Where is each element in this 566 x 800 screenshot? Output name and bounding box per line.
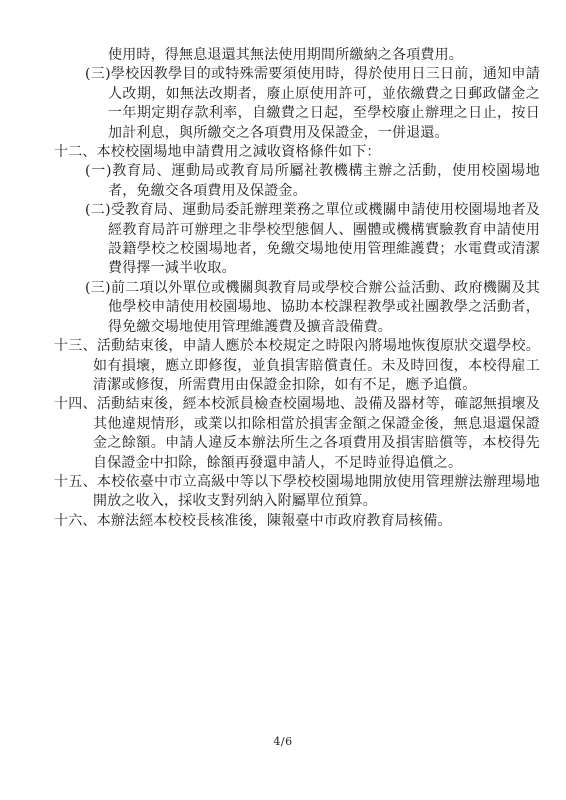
item-label: (三): [85, 280, 111, 296]
list-item: 十二、本校校園場地申請費用之減收資格條件如下：: [54, 143, 540, 162]
item-label: 十三、: [54, 338, 97, 354]
list-item: 十四、活動結束後，經本校派員檢查校園場地、設備及器材等，確認無損壞及其他違規情形…: [54, 395, 540, 473]
item-label: 十六、: [54, 513, 97, 529]
list-item: (三)學校因教學目的或特殊需要須使用時，得於使用日三日前，通知申請人改期，如無法…: [85, 65, 540, 143]
item-text: 受教育局、運動局委託辦理業務之單位或機關申請使用校園場地者及經教育局許可辦理之非…: [108, 202, 540, 276]
page-number: 4/6: [0, 735, 566, 748]
item-label: 十五、: [54, 474, 97, 490]
list-item: 十六、本辦法經本校校長核准後，陳報臺中市政府教育局核備。: [54, 512, 540, 531]
list-item: (三)前二項以外單位或機關與教育局或學校合辦公益活動、政府機關及其他學校申請使用…: [85, 279, 540, 337]
list-item: 十五、本校依臺中市立高級中等以下學校校園場地開放使用管理辦法辦理場地開放之收入，…: [54, 473, 540, 512]
item-text: 活動結束後，申請人應於本校規定之時限內將場地恢復原狀交還學校。如有損壞，應立即修…: [93, 338, 540, 393]
item-label: 十四、: [54, 396, 97, 412]
item-text: 學校因教學目的或特殊需要須使用時，得於使用日三日前，通知申請人改期，如無法改期者…: [108, 66, 540, 140]
item-text: 本辦法經本校校長核准後，陳報臺中市政府教育局核備。: [97, 513, 452, 529]
list-item: 十三、活動結束後，申請人應於本校規定之時限內將場地恢復原狀交還學校。如有損壞，應…: [54, 337, 540, 395]
document-body: 使用時，得無息退還其無法使用期間所繳納之各項費用。(三)學校因教學目的或特殊需要…: [54, 46, 540, 531]
item-text: 前二項以外單位或機關與教育局或學校合辦公益活動、政府機關及其他學校申請使用校園場…: [108, 280, 540, 335]
document-page: 使用時，得無息退還其無法使用期間所繳納之各項費用。(三)學校因教學目的或特殊需要…: [0, 0, 566, 800]
item-text: 使用時，得無息退還其無法使用期間所繳納之各項費用。: [108, 47, 463, 63]
item-text: 本校依臺中市立高級中等以下學校校園場地開放使用管理辦法辦理場地開放之收入，採收支…: [93, 474, 540, 509]
item-text: 活動結束後，經本校派員檢查校園場地、設備及器材等，確認無損壞及其他違規情形，或業…: [93, 396, 540, 470]
item-label: (一): [85, 163, 112, 179]
list-item: (二)受教育局、運動局委託辦理業務之單位或機關申請使用校園場地者及經教育局許可辦…: [85, 201, 540, 279]
item-label: (二): [85, 202, 111, 218]
item-text: 教育局、運動局或教育局所屬社教機構主辦之活動，使用校園場地者，免繳交各項費用及保…: [108, 163, 540, 198]
item-label: (三): [85, 66, 111, 82]
list-item: (一)教育局、運動局或教育局所屬社教機構主辦之活動，使用校園場地者，免繳交各項費…: [85, 162, 540, 201]
item-label: 十二、: [54, 144, 97, 160]
item-text: 本校校園場地申請費用之減收資格條件如下：: [97, 144, 381, 160]
list-item: 使用時，得無息退還其無法使用期間所繳納之各項費用。: [85, 46, 540, 65]
